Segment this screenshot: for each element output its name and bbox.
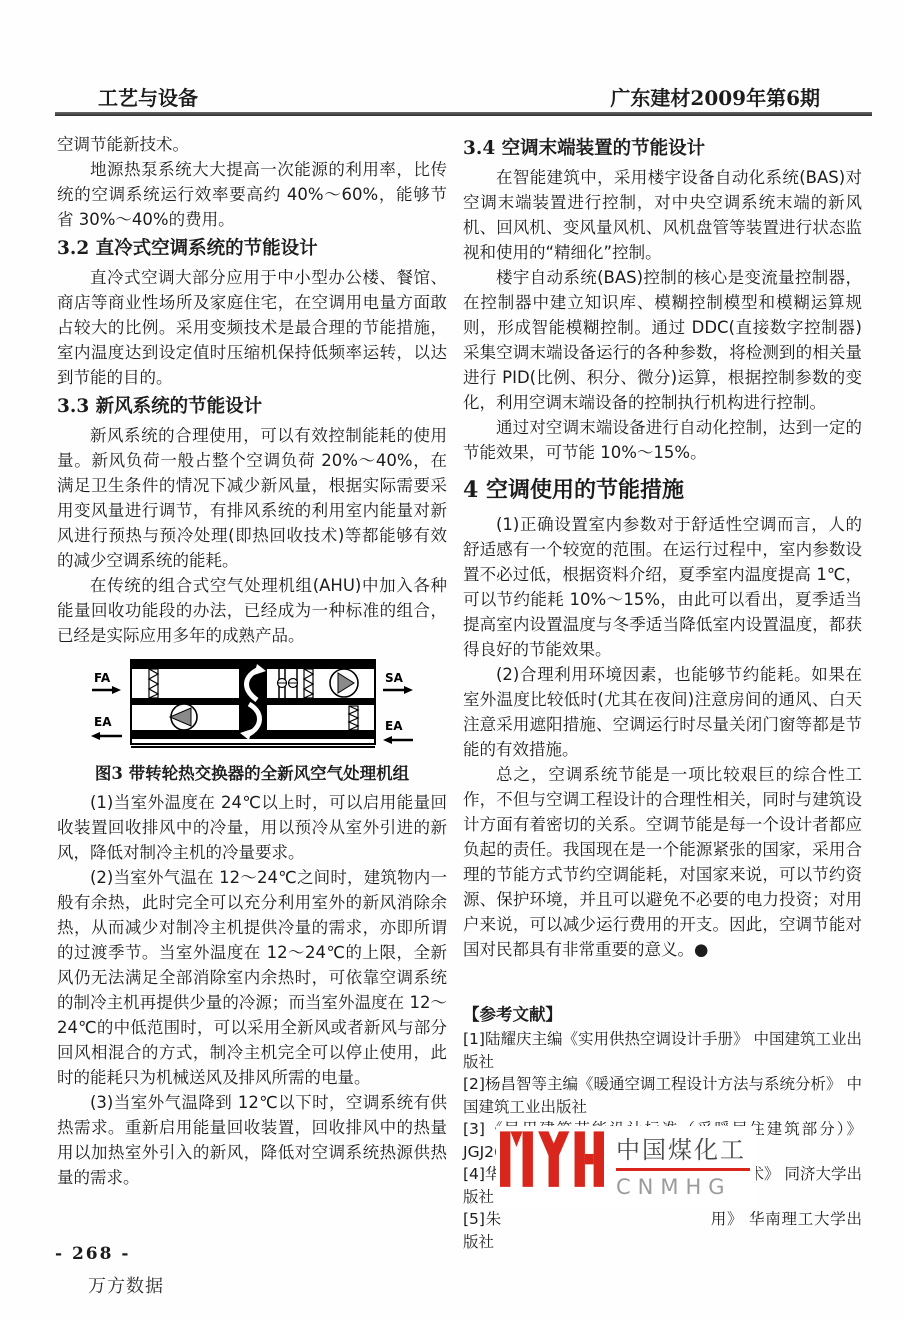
page-header: 工艺与设备 广东建材2009年第6期 bbox=[98, 82, 820, 111]
figure-3: FA EA SA EA 图3 带转轮热交换器的全新风空气处理机 bbox=[57, 656, 447, 786]
fa-label: FA bbox=[94, 671, 111, 685]
sa-label: SA bbox=[385, 671, 404, 685]
two-column-body: 空调节能新技术。 地源热泵系统大大提高一次能源的利用率，比传统的空调系统运行效率… bbox=[57, 132, 862, 1253]
paragraph: (1)正确设置室内参数对于舒适性空调而言，人的舒适感有一个较宽的范围。在运行过程… bbox=[463, 512, 862, 662]
reference-5-suffix: 用》 华南理工大学出版社 bbox=[463, 1210, 862, 1251]
paragraph: (3)当室外气温降到 12℃以下时，空调系统有供热需求。重新启用能量回收装置，回… bbox=[57, 1090, 447, 1190]
cnmhg-logo-icon bbox=[500, 1130, 604, 1190]
right-column: 3.4 空调末端装置的节能设计 在智能建筑中，采用楼宇设备自动化系统(BAS)对… bbox=[463, 132, 862, 1253]
ea-left-label: EA bbox=[94, 715, 112, 729]
paragraph: 通过对空调末端设备进行自动化控制，达到一定的节能效果，可节能 10%～15%。 bbox=[463, 415, 862, 465]
paragraph-continuation: 空调节能新技术。 bbox=[57, 132, 447, 157]
reference-item: [2]杨昌智等主编《暖通空调工程设计方法与系统分析》 中国建筑工业出版社 bbox=[463, 1073, 862, 1118]
wanfang-data-mark: 万方数据 bbox=[88, 1272, 164, 1298]
section-heading-4: 4 空调使用的节能措施 bbox=[463, 475, 862, 505]
section-heading-3-3: 3.3 新风系统的节能设计 bbox=[57, 393, 447, 421]
arrow-left-icon bbox=[91, 732, 100, 740]
arrow-right-icon bbox=[112, 686, 121, 694]
section-heading-3-4: 3.4 空调末端装置的节能设计 bbox=[463, 135, 862, 163]
references-title: 【参考文献】 bbox=[463, 1002, 862, 1028]
watermark-latin: CNMHG bbox=[616, 1175, 750, 1199]
figure-caption: 图3 带转轮热交换器的全新风空气处理机组 bbox=[57, 761, 447, 786]
journal-page: 工艺与设备 广东建材2009年第6期 空调节能新技术。 地源热泵系统大大提高一次… bbox=[0, 0, 904, 1320]
reference-5-prefix: [5]朱 bbox=[463, 1210, 502, 1228]
left-column: 空调节能新技术。 地源热泵系统大大提高一次能源的利用率，比传统的空调系统运行效率… bbox=[57, 132, 447, 1253]
paragraph: (2)合理利用环境因素，也能够节约能耗。如果在室外温度比较低时(尤其在夜间)注意… bbox=[463, 662, 862, 762]
ea-right-label: EA bbox=[385, 719, 403, 733]
paragraph: 地源热泵系统大大提高一次能源的利用率，比传统的空调系统运行效率要高约 40%～6… bbox=[57, 157, 447, 232]
arrow-left-icon bbox=[383, 736, 392, 744]
cnmhg-watermark: 中国煤化工 CNMHG bbox=[496, 1126, 756, 1207]
watermark-text: 中国煤化工 CNMHG bbox=[616, 1130, 750, 1199]
paragraph: (1)当室外温度在 24℃以上时，可以启用能量回收装置回收排风中的冷量，用以预冷… bbox=[57, 790, 447, 865]
paragraph: 在智能建筑中，采用楼宇设备自动化系统(BAS)对空调末端装置进行控制，对中央空调… bbox=[463, 165, 862, 265]
page-number: - 268 - bbox=[55, 1244, 130, 1264]
arrow-right-icon bbox=[404, 686, 413, 694]
section-heading-3-2: 3.2 直冷式空调系统的节能设计 bbox=[57, 235, 447, 263]
paragraph: 总之，空调系统节能是一项比较艰巨的综合性工作，不但与空调工程设计的合理性相关，同… bbox=[463, 762, 862, 962]
ahu-diagram-image: FA EA SA EA bbox=[82, 656, 422, 756]
reference-item: [5]朱用》 华南理工大学出版社 bbox=[463, 1208, 862, 1253]
header-divider bbox=[55, 112, 872, 116]
watermark-chinese: 中国煤化工 bbox=[616, 1130, 750, 1171]
paragraph: 直冷式空调大部分应用于中小型办公楼、餐馆、商店等商业性场所及家庭住宅，在空调用电… bbox=[57, 265, 447, 390]
paragraph: 新风系统的合理使用，可以有效控制能耗的使用量。新风负荷一般占整个空调负荷 20%… bbox=[57, 423, 447, 573]
journal-issue-title: 广东建材2009年第6期 bbox=[610, 82, 820, 111]
paragraph: 在传统的组合式空气处理机组(AHU)中加入各种能量回收功能段的办法，已经成为一种… bbox=[57, 573, 447, 648]
paragraph: (2)当室外气温在 12～24℃之间时，建筑物内一般有余热，此时完全可以充分利用… bbox=[57, 865, 447, 1090]
paragraph: 楼宇自动系统(BAS)控制的核心是变流量控制器，在控制器中建立知识库、模糊控制模… bbox=[463, 265, 862, 415]
reference-item: [1]陆耀庆主编《实用供热空调设计手册》 中国建筑工业出版社 bbox=[463, 1028, 862, 1073]
column-section-title: 工艺与设备 bbox=[98, 82, 198, 111]
